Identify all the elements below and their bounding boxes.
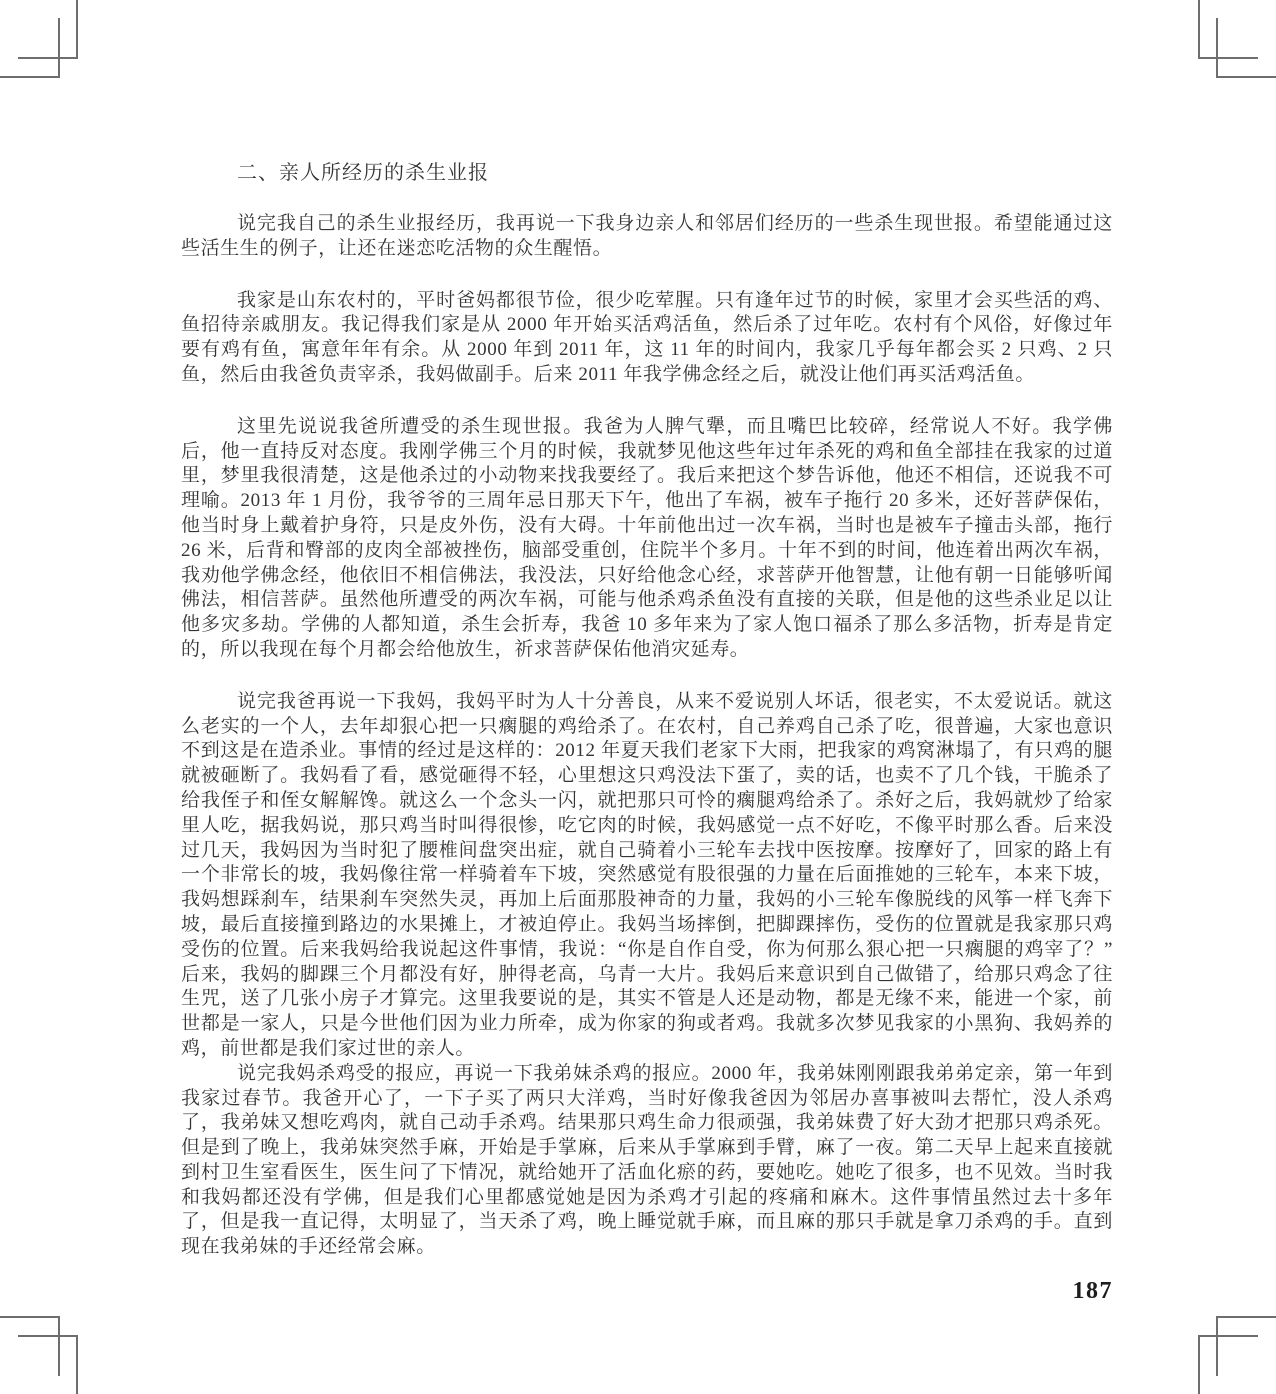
paragraph-sister-in-law-retribution: 说完我妈杀鸡受的报应，再说一下我弟妹杀鸡的报应。2000 年，我弟妹刚刚跟我弟弟…: [181, 1062, 1113, 1260]
page-number: 187: [181, 1278, 1113, 1305]
crop-mark-top-left-inner: [0, 18, 59, 77]
crop-mark-top-right-outer: [1199, 0, 1258, 58]
crop-mark-bottom-left-inner: [0, 1317, 59, 1376]
paragraph-father-retribution: 这里先说说我爸所遭受的杀生现世报。我爸为人脾气犟，而且嘴巴比较碎，经常说人不好。…: [181, 415, 1113, 663]
page-body: 二、亲人所经历的杀生业报 说完我自己的杀生业报经历，我再说一下我身边亲人和邻居们…: [181, 160, 1113, 1305]
paragraph-mother-retribution: 说完我爸再说一下我妈，我妈平时为人十分善良，从来不爱说别人坏话，很老实，不太爱说…: [181, 690, 1113, 1062]
crop-mark-bottom-right-inner: [1217, 1317, 1276, 1376]
paragraph-family-background: 我家是山东农村的，平时爸妈都很节俭，很少吃荤腥。只有逢年过节的时候，家里才会买些…: [181, 289, 1113, 388]
crop-mark-top-right-inner: [1217, 18, 1276, 77]
crop-mark-bottom-left-outer: [18, 1336, 77, 1394]
scanned-book-page: { "document": { "heading": "二、亲人所经历的杀生业报…: [0, 0, 1276, 1394]
crop-mark-top-left-outer: [18, 0, 77, 58]
paragraph-intro: 说完我自己的杀生业报经历，我再说一下我身边亲人和邻居们经历的一些杀生现世报。希望…: [181, 212, 1113, 262]
section-heading: 二、亲人所经历的杀生业报: [181, 160, 1113, 186]
crop-mark-bottom-right-outer: [1199, 1336, 1258, 1394]
